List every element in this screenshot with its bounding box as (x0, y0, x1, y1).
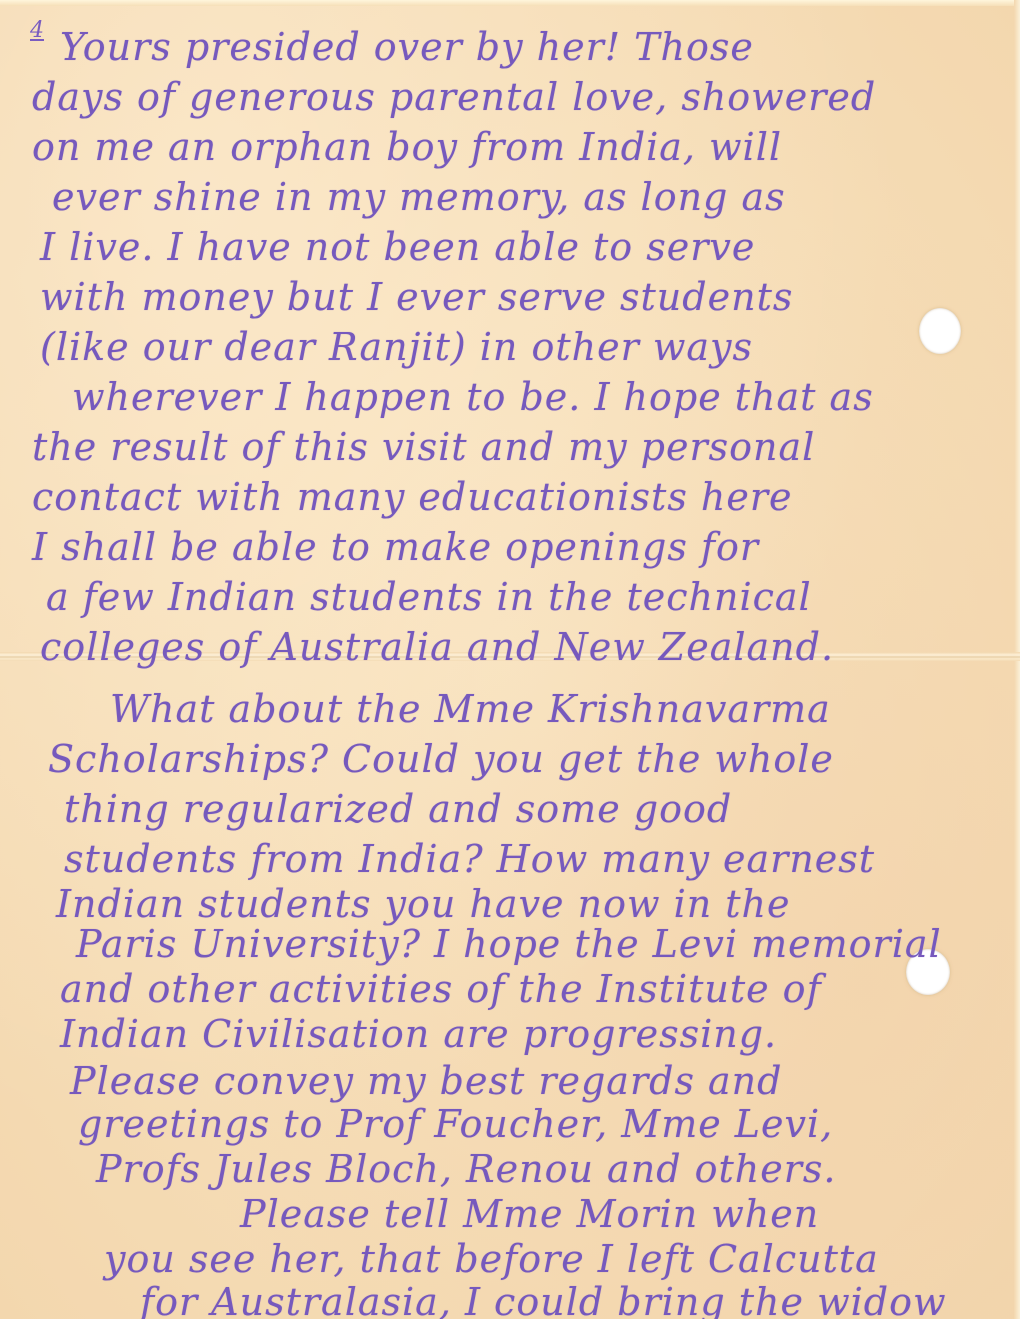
page-number: 4 (30, 18, 44, 43)
handwritten-line: Indian students you have now in the (56, 885, 791, 923)
handwritten-line: with money but I ever serve students (40, 278, 793, 316)
handwritten-line: I live. I have not been able to serve (40, 228, 755, 266)
handwritten-line: for Australasia, I could bring the widow (140, 1283, 947, 1319)
handwritten-line: Scholarships? Could you get the whole (48, 740, 834, 778)
handwritten-line: (like our dear Ranjit) in other ways (40, 328, 753, 366)
handwritten-line: Profs Jules Bloch, Renou and others. (96, 1150, 836, 1188)
handwritten-line: colleges of Australia and New Zealand. (40, 628, 834, 666)
handwritten-line: ever shine in my memory, as long as (52, 178, 786, 216)
handwritten-line: and other activities of the Institute of (60, 970, 822, 1008)
punch-hole-top (919, 308, 961, 354)
handwritten-line: you see her, that before I left Calcutta (104, 1240, 879, 1278)
handwritten-line: Please convey my best regards and (70, 1062, 782, 1100)
paper-top-edge (0, 0, 1020, 6)
handwritten-line: students from India? How many earnest (64, 840, 875, 878)
handwritten-line: Paris University? I hope the Levi memori… (76, 925, 942, 963)
handwritten-line: days of generous parental love, showered (32, 78, 876, 116)
handwritten-line: a few Indian students in the technical (46, 578, 812, 616)
handwritten-line: Indian Civilisation are progressing. (60, 1015, 777, 1053)
handwritten-line: Yours presided over by her! Those (60, 28, 754, 66)
handwritten-line: on me an orphan boy from India, will (32, 128, 782, 166)
handwritten-line: I shall be able to make openings for (32, 528, 759, 566)
handwritten-line: greetings to Prof Foucher, Mme Levi, (78, 1105, 833, 1143)
handwritten-line: wherever I happen to be. I hope that as (72, 378, 874, 416)
handwritten-line: the result of this visit and my personal (32, 428, 815, 466)
handwritten-line: Please tell Mme Morin when (240, 1195, 819, 1233)
handwritten-line: What about the Mme Krishnavarma (110, 690, 831, 728)
handwritten-line: contact with many educationists here (32, 478, 793, 516)
letter-page: 4 Yours presided over by her! Thosedays … (0, 0, 1020, 1319)
handwritten-line: thing regularized and some good (64, 790, 732, 828)
